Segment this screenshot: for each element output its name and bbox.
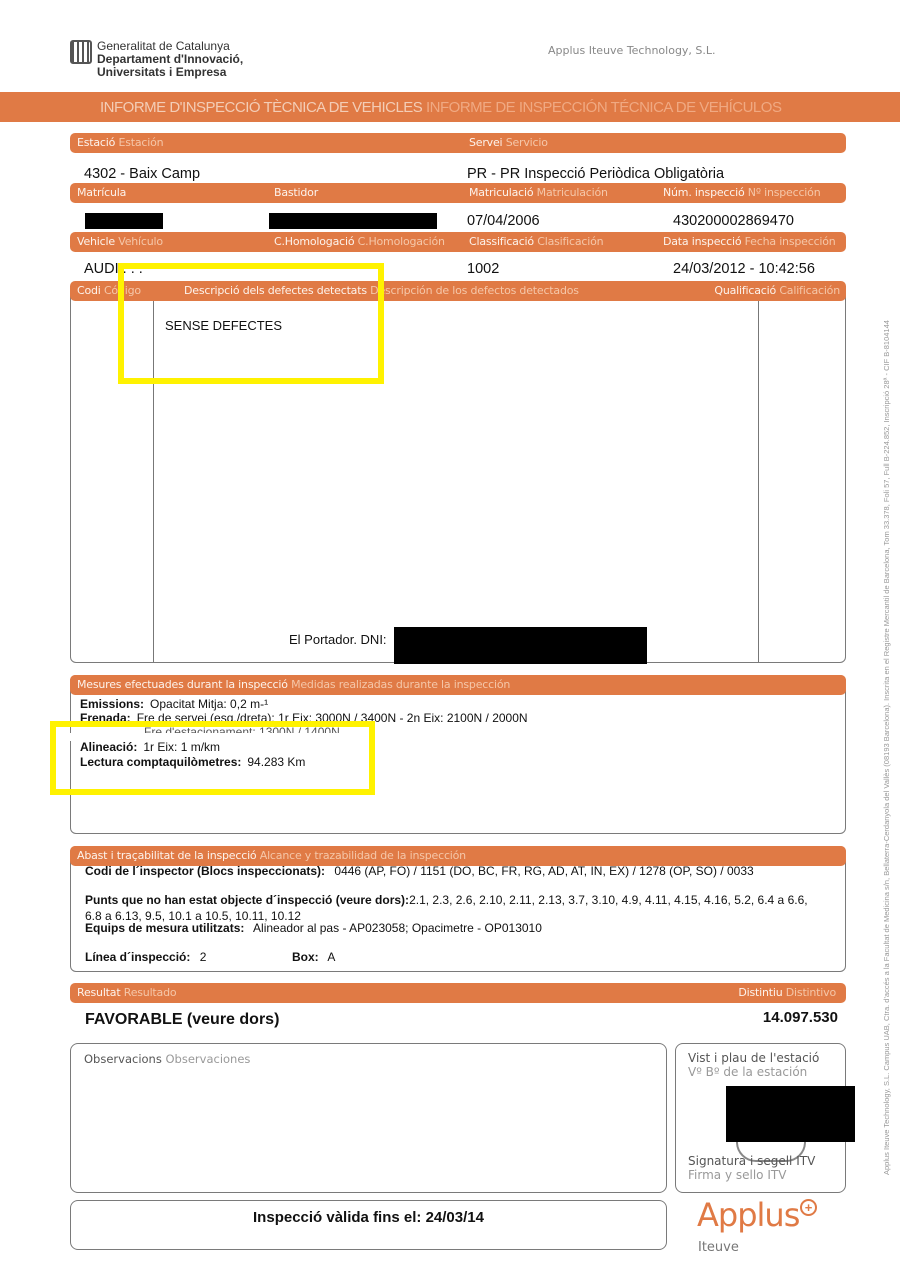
label-matricula: Matrícula <box>77 186 126 199</box>
label-distintiu: Distintiu Distintivo <box>738 986 836 999</box>
value-matriculacio: 07/04/2006 <box>467 213 540 229</box>
inspection-line: Línea d´inspecció: 2 <box>85 950 206 964</box>
observations-box: Observacions Observaciones <box>70 1043 667 1193</box>
inspector-code: Codi de l´inspector (Blocs inspeccionats… <box>85 864 754 878</box>
applus-logo: Applus <box>697 1196 799 1234</box>
measurement-emissions: Emissions:Opacitat Mitja: 0,2 m-¹ <box>80 697 268 711</box>
label-data-inspeccio: Data inspecció Fecha inspección <box>663 235 836 248</box>
matricula-redacted <box>85 213 163 229</box>
badge-value: 14.097.530 <box>763 1009 838 1026</box>
value-servei: PR - PR Inspecció Periòdica Obligatòria <box>467 166 724 182</box>
label-result: Resultat Resultado <box>77 986 176 999</box>
bar-vehicle: Vehicle Vehículo C.Homologació C.Homolog… <box>70 232 846 252</box>
value-classificacio: 1002 <box>467 261 499 277</box>
bearer-label: El Portador. DNI: <box>289 632 387 647</box>
label-bastidor: Bastidor <box>274 186 318 199</box>
label-scope: Abast i traçabilitat de la inspecció Alc… <box>77 849 466 862</box>
value-data-inspeccio: 24/03/2012 - 10:42:56 <box>673 261 815 277</box>
highlight-defects <box>118 263 384 384</box>
signature-redacted <box>726 1086 855 1142</box>
label-qualificacio: Qualificació Calificación <box>714 284 840 297</box>
value-estacio: 4302 - Baix Camp <box>84 166 200 182</box>
company-name: Applus Iteuve Technology, S.L. <box>548 44 716 57</box>
title-ca: INFORME D'INSPECCIÓ TÈCNICA DE VEHICLES <box>100 99 422 116</box>
label-approval-es: Vº Bº de la estación <box>688 1065 807 1079</box>
title-es: INFORME DE INSPECCIÓN TÉCNICA DE VEHÍCUL… <box>426 99 781 116</box>
label-estacio: Estació Estación <box>77 136 163 149</box>
bearer-dni-redacted <box>394 627 647 664</box>
bar-result: Resultat Resultado Distintiu Distintivo <box>70 983 846 1003</box>
org-line3: Universitats i Empresa <box>97 66 243 79</box>
value-num-inspeccio: 430200002869470 <box>673 213 794 229</box>
label-vehicle: Vehicle Vehículo <box>77 235 163 248</box>
result-value: FAVORABLE (veure dors) <box>85 1011 279 1029</box>
label-sign-ca: Signatura i segell ITV <box>688 1154 815 1168</box>
bar-measurements: Mesures efectuades durant la inspecció M… <box>70 675 846 695</box>
bar-estacio-servei: Estació Estación Servei Servicio <box>70 133 846 153</box>
equipment-used: Equips de mesura utilitzats: Alineador a… <box>85 921 542 935</box>
bar-matricula: Matrícula Bastidor Matriculació Matricul… <box>70 183 846 203</box>
label-homologacio: C.Homologació C.Homologación <box>274 235 445 248</box>
label-sign-es: Firma y sello ITV <box>688 1168 786 1182</box>
org-name: Generalitat de Catalunya Departament d'I… <box>97 40 243 79</box>
label-observations: Observacions Observaciones <box>84 1052 250 1066</box>
applus-logo-text: Applus <box>697 1196 799 1234</box>
bar-scope: Abast i traçabilitat de la inspecció Alc… <box>70 846 846 866</box>
highlight-measurements <box>50 721 375 795</box>
title-band: INFORME D'INSPECCIÓ TÈCNICA DE VEHICLES … <box>0 92 900 122</box>
defects-col-divider-2 <box>758 301 759 662</box>
label-measurements: Mesures efectuades durant la inspecció M… <box>77 678 510 691</box>
applus-sub: Iteuve <box>698 1240 739 1255</box>
label-approval-ca: Vist i plau de l'estació <box>688 1051 819 1065</box>
side-legal-text: Applus Iteuve Technology, S.L. Campus UA… <box>882 135 891 1175</box>
uninspected-points: Punts que no han estat objecte d´inspecc… <box>85 893 808 907</box>
applus-plus-icon: + <box>800 1199 817 1216</box>
bastidor-redacted <box>269 213 437 229</box>
label-servei: Servei Servicio <box>469 136 548 149</box>
label-matriculacio: Matriculació Matriculación <box>469 186 608 199</box>
label-classificacio: Classificació Clasificación <box>469 235 603 248</box>
label-num-inspeccio: Núm. inspecció Nº inspección <box>663 186 820 199</box>
validity-text: Inspecció vàlida fins el: 24/03/14 <box>71 1209 666 1226</box>
inspection-box: Box: A <box>292 950 335 964</box>
generalitat-logo-icon <box>70 40 92 64</box>
validity-box: Inspecció vàlida fins el: 24/03/14 <box>70 1200 667 1250</box>
